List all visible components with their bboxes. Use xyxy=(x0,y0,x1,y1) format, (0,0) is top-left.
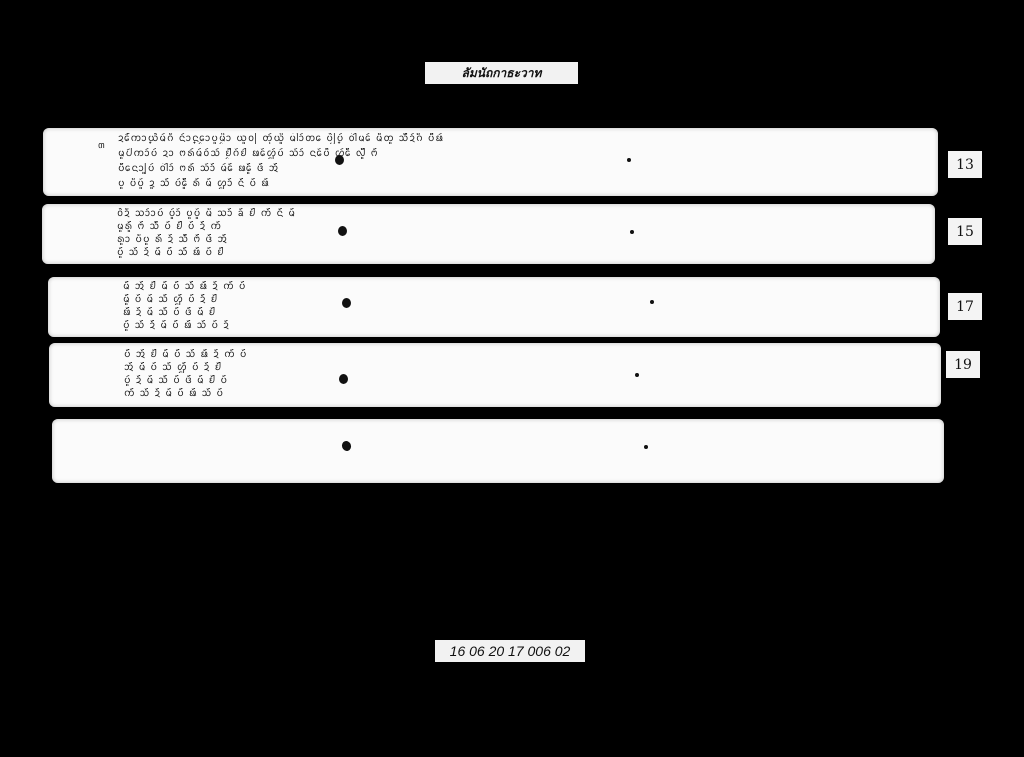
manuscript-title-label: ลัมนัถกาธะวาท xyxy=(425,62,578,84)
string-hole xyxy=(339,374,348,384)
string-hole xyxy=(342,298,351,308)
leaf-text-line: ᩋᩢᩢᩢᩢ ᨾᩢᩢᩢᩢᩢ ᨷᩢᩢᩢ ᩈᩢᩢᩢᩢ ᩌᩢᩢᩢᩢᩢ ᨷᩢᩢᩢᩢ ᨯᩢᩢ… xyxy=(124,362,861,373)
palm-leaf-5-blank xyxy=(52,419,944,483)
leaf-text-line: ᨷᩪ ᨷᩥᨷᩪᩢᩢ ᨯᩪ ᩈᩢᩢᩢ ᨷᩢᩮᩢᩢᩢᩪᩥ ᩁᩢᩢᩢᩢ ᨾᩢᩢᩢᩢ ᩌ… xyxy=(118,178,858,189)
leaf-text-line: ᨯᩮᩢ᩶ᨠᩣ᩠ᨿᩫᨾᩢᨣᩥ ᨶᩢᩣ᩠ᨶᩮᩬᩣᨷᩪᨾᩦᩬᩣ ᨿᩪᩅᩕ ᨲᩩᩢᨿᩪᩦ… xyxy=(118,133,858,144)
leaf-margin-mark: ຓ xyxy=(98,138,105,153)
string-hole xyxy=(644,445,648,449)
leaf-text-line: ᨷᩢᩢᩢᩢᩢ ᩋᩢᩢᩢᩢ ᩀᩢᩢᩢᩢ ᨾᩢᩢᩢᩢᩢ ᨷᩢᩢᩢᩢᩢ ᩈᩢᩢᩢᩢ ᨹ… xyxy=(124,349,861,360)
microfilm-id-label: 16 06 20 17 006 02 xyxy=(435,640,585,662)
page-number-label: 13 xyxy=(948,151,982,178)
string-hole xyxy=(627,158,631,162)
leaf-text-line: ᨾᩪᩢᩢᩢᩢᩢ ᨷᩢᩢᩢᩢ ᨾᩢᩢᩢ ᩈᩢᩢᩢᩢᩢ ᩌᩢᩢᩢᩢᩢ ᨷᩢᩢᩢᩢ ᨯ… xyxy=(123,294,860,305)
palm-leaf-4: ᨷᩢᩢᩢᩢᩢ ᩋᩢᩢᩢᩢ ᩀᩢᩢᩢᩢ ᨾᩢᩢᩢᩢᩢ ᨷᩢᩢᩢᩢᩢ ᩈᩢᩢᩢᩢ ᨹ… xyxy=(49,343,941,407)
palm-leaf-3: ᨾᩢᩢᩢᩢᩢ ᩋᩢᩢᩢᩢ ᩀᩢᩢᩢ ᨾᩢᩢᩢᩢᩢ ᨷᩢᩢᩢᩢᩢ ᩈᩢᩢᩢᩢᩢᩢ … xyxy=(48,277,940,337)
leaf-text-line: ᨠᩢᩢᩢ ᩈᩢᩢᩢᩢ ᨯᩢᩢᩢᩢ ᨾᩢᩢᩢ ᨷᩢᩢᩢᩢᩢ ᨹᩢᩢᩢᩢ ᩈᩢᩢᩢᩢ… xyxy=(124,388,861,399)
leaf-text-line: ᨷᩪᩢ ᨯᩢᩢᩢ ᨾᩢᩢᩢᩢ ᩈᩢᩢᩢᩢᩢ ᨷᩢᩢᩢᩢ ᨴᩢᩢᩢᩢᩢ ᨾᩢᩢᩢᩢ… xyxy=(124,375,861,386)
leaf-text-line: ᨾᩪᨸᩢᨠᩣᩢᨷᩢ ᨯᩣ ᨻᩁᩢᨾᩢᩅᩢᩈᩢ ᩀᩢᩬᩫᨣᩢᩢᩀᩢ ᨹᩮᩢᩢᩌᩢᨷ… xyxy=(118,148,858,159)
leaf-text-line: ᩁᩪᩣ ᨷᩥᨷᩪ ᩁᩢᩢᩢᩢᩢᩢ ᨯᩢᩢᩢᩢ ᩈᩥᩢᩢᩢᩢᩢ ᨻᩢᩢᩢᩢᩢ ᨴᩢ… xyxy=(117,234,855,245)
leaf-text-line: ᨹᩢᩢᩢᩢᩢ ᨯᩢᩢᩢᩢ ᨾᩢᩢᩢᩢ ᩈᩢᩢᩢᩢᩢᩢ ᨷᩢᩢᩢᩢ ᨴᩢᩢᩢᩢᩢ … xyxy=(123,307,860,318)
string-hole xyxy=(335,155,344,165)
string-hole xyxy=(338,226,347,236)
page-number-label: 17 xyxy=(948,293,982,320)
page-number-label: 19 xyxy=(946,351,980,378)
leaf-text-line: ᨷᩪᩢᩢᩢᩢ ᩈᩢᩢᩢᩢ ᨯᩢᩢᩢ ᨾᩢᩢᩢᩢᩢ ᨷᩢᩢᩢᩢᩢ ᩈᩢᩢᩢᩢᩢ ᨹ… xyxy=(117,247,855,258)
string-hole xyxy=(650,300,654,304)
leaf-text-line: ᨷᩪᩢᩢᩢ ᩈᩢᩢᩢᩢ ᨯᩢᩢᩢᩢᩢ ᨾᩢᩢᩢᩢ ᨷᩢᩢᩢᩢᩢ ᨹᩢᩢᩢᩢᩢ ᩈ… xyxy=(123,320,860,331)
leaf-text-line: ᨾᩪᩁᩪᩢᩢᩢᩢᩢ ᨻᩢᩢᩢᩢ ᩈᩥᩢᩢᩢᩢ ᨷᩢᩢᩢ ᩀᩢᩢᩢᩢᩢ ᨷᩢᩢᩢᩢ… xyxy=(117,221,855,232)
string-hole xyxy=(341,440,353,452)
string-hole xyxy=(630,230,634,234)
palm-leaf-2: ᩅᩫᨯᩥ ᩈᩣᩢᩣᨷᩢ ᨷᩪᩢᩣᩢᩢ ᨷᩪᨷᩪᩢᩢ ᨾᩥ ᩈᩣᩢᩢᩢᩢ ᨡᩢᩢᩢ… xyxy=(42,204,935,264)
leaf-text-line: ᨾᩢᩢᩢᩢᩢ ᩋᩢᩢᩢᩢ ᩀᩢᩢᩢ ᨾᩢᩢᩢᩢᩢ ᨷᩢᩢᩢᩢᩢ ᩈᩢᩢᩢᩢᩢᩢ … xyxy=(123,281,860,292)
leaf-text-line: ᩅᩫᨯᩥ ᩈᩣᩢᩣᨷᩢ ᨷᩪᩢᩣᩢᩢ ᨷᩪᨷᩪᩢᩢ ᨾᩥ ᩈᩣᩢᩢᩢᩢ ᨡᩢᩢᩢ… xyxy=(117,208,855,219)
string-hole xyxy=(635,373,639,377)
leaf-text-line: ᨷᩥᩢᩢᩮᨶᩣᩕᩪᨷᩢ ᩅᩤᩢᩣᩢ ᨻᩁᩢᩢᩢ ᩈᩢᩢᩣᩢᩢᩢ ᨾᩢᩮᩢᩢᩢ ᨹ… xyxy=(118,163,858,174)
palm-leaf-1: ຓ ᨯᩮᩢ᩶ᨠᩣ᩠ᨿᩫᨾᩢᨣᩥ ᨶᩢᩣ᩠ᨶᩮᩬᩣᨷᩪᨾᩦᩬᩣ ᨿᩪᩅᩕ ᨲᩩᩢᨿ… xyxy=(43,128,938,196)
page-number-label: 15 xyxy=(948,218,982,245)
